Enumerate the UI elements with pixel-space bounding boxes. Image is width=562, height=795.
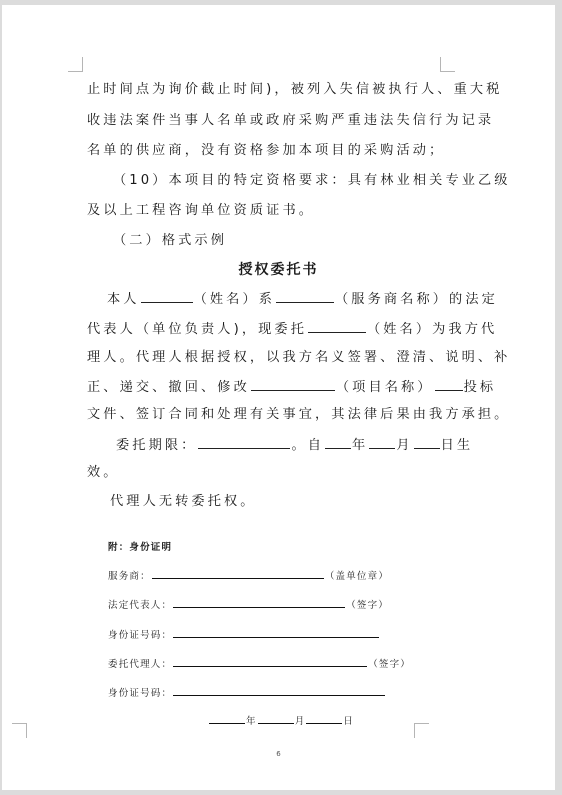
form-row-date: 年月日: [208, 713, 354, 727]
page-number: 6: [2, 750, 555, 758]
letter-line: 本人（姓名）系（服务商名称）的法定: [107, 290, 499, 308]
letter-line: 正、递交、撤回、修改（项目名称）投标: [87, 378, 479, 396]
letter-line: 效。: [87, 465, 479, 481]
text: （服务商名称）的法定: [335, 292, 498, 307]
note: （签字）: [368, 659, 411, 670]
blank: [173, 686, 385, 696]
label: 服务商：: [108, 571, 151, 582]
text: 日: [343, 716, 354, 727]
text: （项目名称）: [336, 380, 434, 395]
blank-day: [306, 714, 342, 724]
blank-year: [209, 714, 245, 724]
text: 代表人（单位负责人)，现委托: [87, 322, 307, 337]
text: （姓名）为我方代: [367, 322, 497, 337]
note: （盖单位章）: [325, 571, 389, 582]
blank-month: [369, 436, 395, 449]
blank-provider: [276, 290, 334, 303]
blank-agent-name: [308, 320, 366, 333]
text: 月: [396, 438, 412, 453]
text: 投标: [464, 380, 497, 395]
label: 身份证号码：: [108, 688, 172, 699]
letter-line: 委托期限：。自年月日生: [116, 436, 508, 454]
blank-month: [258, 714, 294, 724]
blank: [173, 657, 367, 667]
paragraph-line: （10）本项目的特定资格要求：具有林业相关专业乙级: [113, 173, 505, 189]
blank: [435, 378, 463, 391]
label: 委托代理人：: [108, 659, 172, 670]
note: （签字）: [346, 600, 389, 611]
margin-corner-mark: [12, 723, 27, 738]
paragraph-line: 名单的供应商，没有资格参加本项目的采购活动；: [87, 143, 479, 159]
blank-name: [141, 290, 193, 303]
paragraph-line: 及以上工程咨询单位资质证书。: [87, 203, 479, 219]
blank-day: [414, 436, 440, 449]
form-row-agent: 委托代理人：（签字）: [108, 656, 411, 670]
text: 日生: [441, 438, 474, 453]
margin-corner-mark: [414, 723, 429, 738]
text: 委托期限：: [116, 438, 197, 453]
letter-title: 授权委托书: [2, 259, 555, 279]
letter-line: 理人。代理人根据授权，以我方名义签署、澄清、说明、补: [87, 350, 479, 366]
letter-line: 代表人（单位负责人)，现委托（姓名）为我方代: [87, 320, 479, 338]
label: 身份证号码：: [108, 630, 172, 641]
blank-period: [198, 436, 290, 449]
letter-line: 代理人无转委托权。: [110, 494, 502, 510]
attachment-heading: 附：身份证明: [108, 539, 172, 553]
form-row-legal-rep: 法定代表人：（签字）: [108, 597, 389, 611]
section-heading: （二）格式示例: [113, 233, 505, 249]
paragraph-line: 收违法案件当事人名单或政府采购严重违法失信行为记录: [87, 113, 479, 129]
margin-corner-mark: [440, 57, 455, 72]
blank-project: [251, 378, 335, 391]
letter-line: 文件、签订合同和处理有关事宜，其法律后果由我方承担。: [87, 407, 479, 423]
blank: [173, 598, 345, 608]
text: 正、递交、撤回、修改: [87, 380, 250, 395]
blank: [152, 569, 324, 579]
form-row-id-1: 身份证号码：: [108, 627, 380, 641]
paragraph-line: 止时间点为询价截止时间)，被列入失信被执行人、重大税: [87, 82, 479, 98]
form-row-id-2: 身份证号码：: [108, 685, 386, 699]
label: 法定代表人：: [108, 600, 172, 611]
form-row-service-provider: 服务商：（盖单位章）: [108, 568, 389, 582]
document-page: 止时间点为询价截止时间)，被列入失信被执行人、重大税 收违法案件当事人名单或政府…: [2, 5, 555, 790]
blank: [173, 628, 379, 638]
margin-corner-mark: [68, 57, 83, 72]
text: （姓名）系: [194, 292, 275, 307]
text: 月: [295, 716, 306, 727]
text: 本人: [107, 292, 140, 307]
blank-year: [325, 436, 351, 449]
text: 年: [352, 438, 368, 453]
text: 。自: [291, 438, 324, 453]
text: 年: [246, 716, 257, 727]
